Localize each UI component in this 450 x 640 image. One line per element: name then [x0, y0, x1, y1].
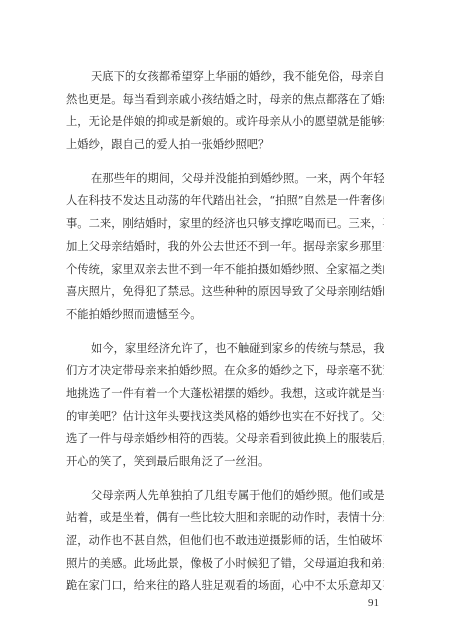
paragraph-4: 父母亲两人先单独拍了几组专属于他们的婚纱照。他们或是 站着，或是坐着，偶有一些比…: [66, 485, 384, 598]
text-line: 照片的美感。此场此景，像极了小时候犯了错，父母逼迫我和弟弟: [66, 553, 384, 576]
text-line: 不能拍婚纱照而遗憾至今。: [66, 304, 384, 327]
text-line: 地挑选了一件有着一个大蓬松裙摆的婚纱。我想，这或许就是当年: [66, 383, 384, 406]
text-line: 如今，家里经济允许了，也不触碰到家乡的传统与禁忌，我: [66, 338, 384, 361]
text-line: 涩，动作也不甚自然，但他们也不敢违逆摄影师的话，生怕破坏了: [66, 530, 384, 553]
text-line: 人在科技不发达且动荡的年代踏出社会，“拍照”自然是一件奢侈的: [66, 190, 384, 213]
text-line: 加上父母亲结婚时，我的外公去世还不到一年。据母亲家乡那里有: [66, 236, 384, 259]
text-line: 的审美吧？估计这年头要找这类风格的婚纱也实在不好找了。父亲: [66, 406, 384, 429]
text-line: 事。二来，刚结婚时，家里的经济也只够支撑吃喝而已。三来，再: [66, 213, 384, 236]
text-line: 跪在家门口，给来往的路人驻足观看的场面，心中不太乐意却又不: [66, 575, 384, 598]
text-line: 们方才决定带母亲来拍婚纱照。在众多的婚纱之下，母亲毫不犹豫: [66, 360, 384, 383]
paragraph-3: 如今，家里经济允许了，也不触碰到家乡的传统与禁忌，我 们方才决定带母亲来拍婚纱照…: [66, 338, 384, 474]
text-line: 个传统，家里双亲去世不到一年不能拍摄如婚纱照、全家福之类的: [66, 259, 384, 282]
text-line: 喜庆照片，免得犯了禁忌。这些种种的原因导致了父母亲刚结婚时: [66, 281, 384, 304]
document-page: 天底下的女孩都希望穿上华丽的婚纱，我不能免俗，母亲自 然也更是。每当看到亲戚小孩…: [0, 0, 450, 640]
body-text: 天底下的女孩都希望穿上华丽的婚纱，我不能免俗，母亲自 然也更是。每当看到亲戚小孩…: [66, 66, 384, 609]
text-line: 然也更是。每当看到亲戚小孩结婚之时，母亲的焦点都落在了婚纱: [66, 89, 384, 112]
text-line: 父母亲两人先单独拍了几组专属于他们的婚纱照。他们或是: [66, 485, 384, 508]
text-line: 在那些年的期间，父母并没能拍到婚纱照。一来，两个年轻: [66, 168, 384, 191]
page-number: 91: [368, 596, 379, 610]
text-line: 站着，或是坐着，偶有一些比较大胆和亲昵的动作时，表情十分羞: [66, 507, 384, 530]
text-line: 开心的笑了，笑到最后眼角泛了一丝泪。: [66, 451, 384, 474]
text-line: 天底下的女孩都希望穿上华丽的婚纱，我不能免俗，母亲自: [66, 66, 384, 89]
text-line: 选了一件与母亲婚纱相符的西装。父母亲看到彼此换上的服装后，: [66, 428, 384, 451]
text-line: 上婚纱，跟自己的爱人拍一张婚纱照吧？: [66, 134, 384, 157]
paragraph-1: 天底下的女孩都希望穿上华丽的婚纱，我不能免俗，母亲自 然也更是。每当看到亲戚小孩…: [66, 66, 384, 157]
text-line: 上，无论是伴娘的抑或是新娘的。或许母亲从小的愿望就是能够披: [66, 111, 384, 134]
paragraph-2: 在那些年的期间，父母并没能拍到婚纱照。一来，两个年轻 人在科技不发达且动荡的年代…: [66, 168, 384, 327]
